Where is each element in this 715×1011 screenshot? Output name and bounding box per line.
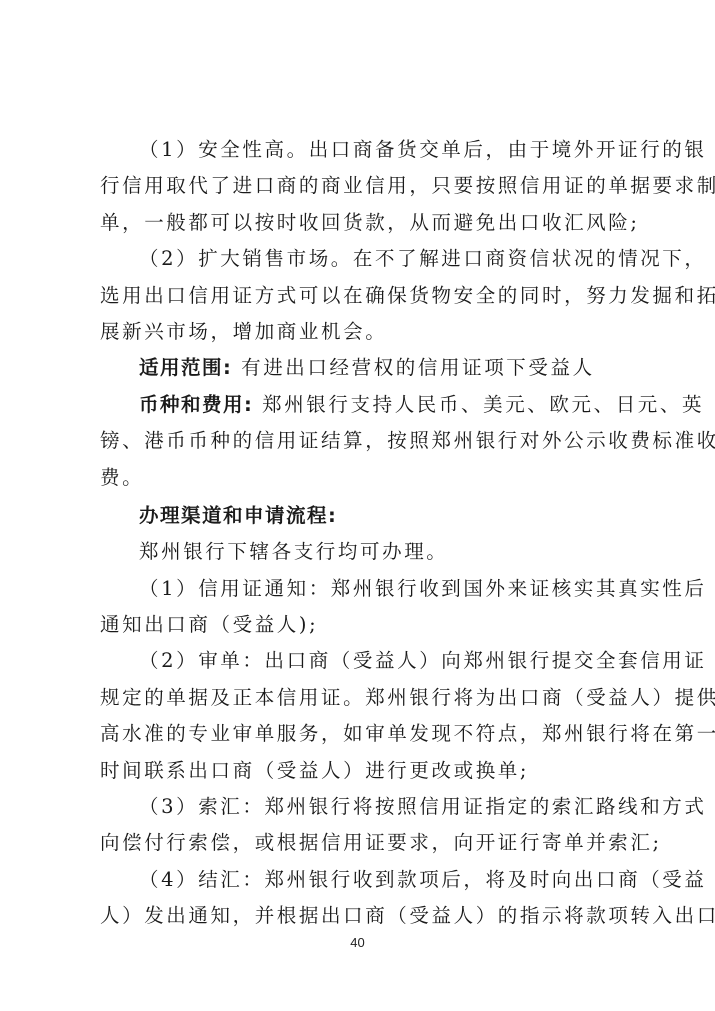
scope-line: 适用范围: 有进出口经营权的信用证项下受益人 — [100, 350, 626, 386]
page-number: 40 — [0, 935, 715, 950]
paragraph-line: （3）索汇：郑州银行将按照信用证指定的索汇路线和方式 — [100, 789, 626, 825]
paragraph-line: （1）安全性高。出口商备货交单后，由于境外开证行的银 — [100, 132, 626, 168]
process-heading: 办理渠道和申请流程: — [100, 498, 626, 534]
paragraph-line: 镑、港币币种的信用证结算，按照郑州银行对外公示收费标准收 — [100, 423, 626, 459]
paragraph-line: （2）审单：出口商（受益人）向郑州银行提交全套信用证 — [100, 643, 626, 679]
paragraph-line: 行信用取代了进口商的商业信用，只要按照信用证的单据要求制 — [100, 168, 626, 204]
paragraph-line: 展新兴市场，增加商业机会。 — [100, 314, 626, 350]
scope-label: 适用范围: — [139, 356, 232, 379]
paragraph-line: （1）信用证通知：郑州银行收到国外来证核实其真实性后 — [100, 571, 626, 607]
paragraph-line: 单，一般都可以按时收回货款，从而避免出口收汇风险; — [100, 205, 626, 241]
paragraph-line: 选用出口信用证方式可以在确保货物安全的同时，努力发掘和拓 — [100, 278, 626, 314]
currency-label: 币种和费用: — [139, 393, 253, 416]
paragraph-line: 高水准的专业审单服务，如审单发现不符点，郑州银行将在第一 — [100, 716, 626, 752]
paragraph-line: （2）扩大销售市场。在不了解进口商资信状况的情况下， — [100, 241, 626, 277]
paragraph-line: 时间联系出口商（受益人）进行更改或换单; — [100, 753, 626, 789]
document-body: （1）安全性高。出口商备货交单后，由于境外开证行的银 行信用取代了进口商的商业信… — [100, 132, 626, 935]
currency-line: 币种和费用: 郑州银行支持人民币、美元、欧元、日元、英 — [100, 387, 626, 423]
paragraph-line: 规定的单据及正本信用证。郑州银行将为出口商（受益人）提供 — [100, 680, 626, 716]
paragraph-line: （4）结汇：郑州银行收到款项后，将及时向出口商（受益 — [100, 862, 626, 898]
currency-text: 郑州银行支持人民币、美元、欧元、日元、英 — [253, 393, 704, 416]
paragraph-line: 费。 — [100, 460, 626, 496]
scope-text: 有进出口经营权的信用证项下受益人 — [232, 356, 594, 379]
paragraph-line: 通知出口商（受益人); — [100, 607, 626, 643]
paragraph-line: 向偿付行索偿，或根据信用证要求，向开证行寄单并索汇; — [100, 825, 626, 861]
paragraph-line: 人）发出通知，并根据出口商（受益人）的指示将款项转入出口 — [100, 898, 626, 934]
process-intro: 郑州银行下辖各支行均可办理。 — [100, 534, 626, 570]
